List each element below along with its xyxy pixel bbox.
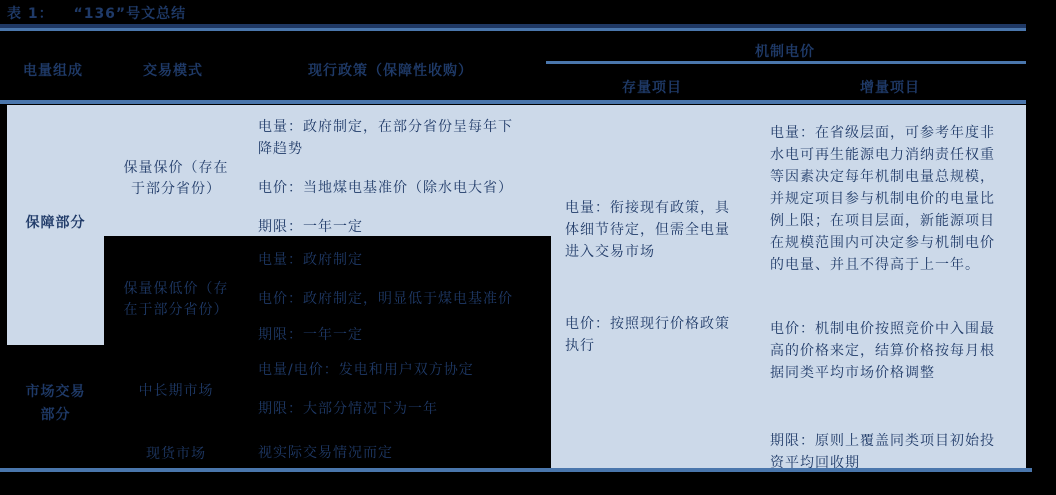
cell-incremental-price: 电价：机制电价按照竞价中入围最 高的价格来定，结算价格按每月根 据同类平均市场价… [770, 318, 995, 384]
policy-gp-volume-line1: 电量：政府制定，在部分省份呈每年下 [258, 116, 513, 138]
incremental-volume-line2: 水电可再生能源电力消纳责任权重 [770, 144, 995, 166]
cell-incremental-volume: 电量：在省级层面，可参考年度非 水电可再生能源电力消纳责任权重 等因素决定每年机… [770, 122, 995, 276]
policy-gp-volume-line2: 降趋势 [258, 138, 513, 160]
table-bottom-rule [0, 468, 1032, 472]
cell-market-part-label: 市场交易 部分 [7, 381, 104, 427]
cell-policy-spot: 视实际交易情况而定 [258, 445, 393, 462]
existing-price-line2: 执行 [565, 335, 730, 357]
cell-policy-mlt-volume-price: 电量/电价：发电和用户双方协定 [258, 362, 474, 379]
header-existing-projects: 存量项目 [622, 80, 682, 97]
cell-mode-guaranteed-price: 保量保价（存在 于部分省份） [104, 158, 248, 200]
report-table-screenshot: 表 1： “136”号文总结 电量组成 交易模式 现行政策（保障性收购） 机制电… [0, 0, 1056, 495]
table-title-text: “136”号文总结 [74, 6, 187, 22]
incremental-volume-line6: 在规模范围内可决定参与机制电价 [770, 232, 995, 254]
cell-policy-glp-price: 电价：政府制定，明显低于煤电基准价 [258, 291, 513, 308]
cell-policy-mlt-term: 期限：大部分情况下为一年 [258, 401, 438, 418]
cell-existing-volume: 电量：衔接现有政策，具 体细节待定，但需全电量 进入交易市场 [565, 197, 730, 263]
mode-guaranteed-price-line1: 保量保价（存在 [104, 158, 248, 179]
mechanism-price-underline [546, 61, 1026, 64]
incremental-volume-line3: 等因素决定每年机制电量总规模， [770, 166, 995, 188]
cell-mode-mid-long-term: 中长期市场 [104, 383, 248, 400]
header-current-policy: 现行政策（保障性收购） [308, 63, 473, 80]
existing-price-line1: 电价：按照现行价格政策 [565, 313, 730, 335]
cell-market-part-line2: 部分 [7, 404, 104, 427]
table-title: 表 1： “136”号文总结 [7, 6, 186, 23]
cell-guaranteed-part-label: 保障部分 [7, 215, 104, 232]
header-bottom-rule [0, 100, 1026, 104]
cell-existing-price: 电价：按照现行价格政策 执行 [565, 313, 730, 357]
table-title-prefix: 表 1： [7, 6, 54, 22]
header-volume-composition: 电量组成 [23, 63, 83, 80]
mode-guaranteed-low-price-line1: 保量保低价（存 [104, 279, 248, 300]
cell-mode-spot-market: 现货市场 [104, 446, 248, 463]
incremental-price-line3: 据同类平均市场价格调整 [770, 362, 995, 384]
title-rule-blue [0, 28, 1026, 31]
existing-volume-line1: 电量：衔接现有政策，具 [565, 197, 730, 219]
incremental-price-line1: 电价：机制电价按照竞价中入围最 [770, 318, 995, 340]
incremental-volume-line1: 电量：在省级层面，可参考年度非 [770, 122, 995, 144]
incremental-term-line1: 期限：原则上覆盖同类项目初始投 [770, 430, 995, 452]
existing-volume-line2: 体细节待定，但需全电量 [565, 219, 730, 241]
incremental-volume-line7: 的电量、并且不得高于上一年。 [770, 254, 995, 276]
mode-guaranteed-low-price-line2: 在于部分省份） [104, 300, 248, 321]
header-incremental-projects: 增量项目 [860, 80, 920, 97]
incremental-price-line2: 高的价格来定，结算价格按每月根 [770, 340, 995, 362]
cell-bg-guaranteed-part [7, 236, 104, 345]
cell-policy-glp-term: 期限：一年一定 [258, 327, 363, 344]
cell-policy-gp-term: 期限：一年一定 [258, 219, 363, 236]
cell-market-part-line1: 市场交易 [7, 381, 104, 404]
mode-guaranteed-price-line2: 于部分省份） [104, 179, 248, 200]
cell-policy-gp-price: 电价：当地煤电基准价（除水电大省） [258, 180, 513, 197]
header-trading-mode: 交易模式 [143, 63, 203, 80]
cell-policy-gp-volume: 电量：政府制定，在部分省份呈每年下 降趋势 [258, 116, 513, 160]
cell-policy-glp-volume: 电量：政府制定 [258, 252, 363, 269]
header-mechanism-price: 机制电价 [755, 44, 815, 61]
cell-mode-guaranteed-low-price: 保量保低价（存 在于部分省份） [104, 279, 248, 321]
incremental-volume-line5: 例上限；在项目层面，新能源项目 [770, 210, 995, 232]
existing-volume-line3: 进入交易市场 [565, 241, 730, 263]
incremental-volume-line4: 并规定项目参与机制电价的电量比 [770, 188, 995, 210]
